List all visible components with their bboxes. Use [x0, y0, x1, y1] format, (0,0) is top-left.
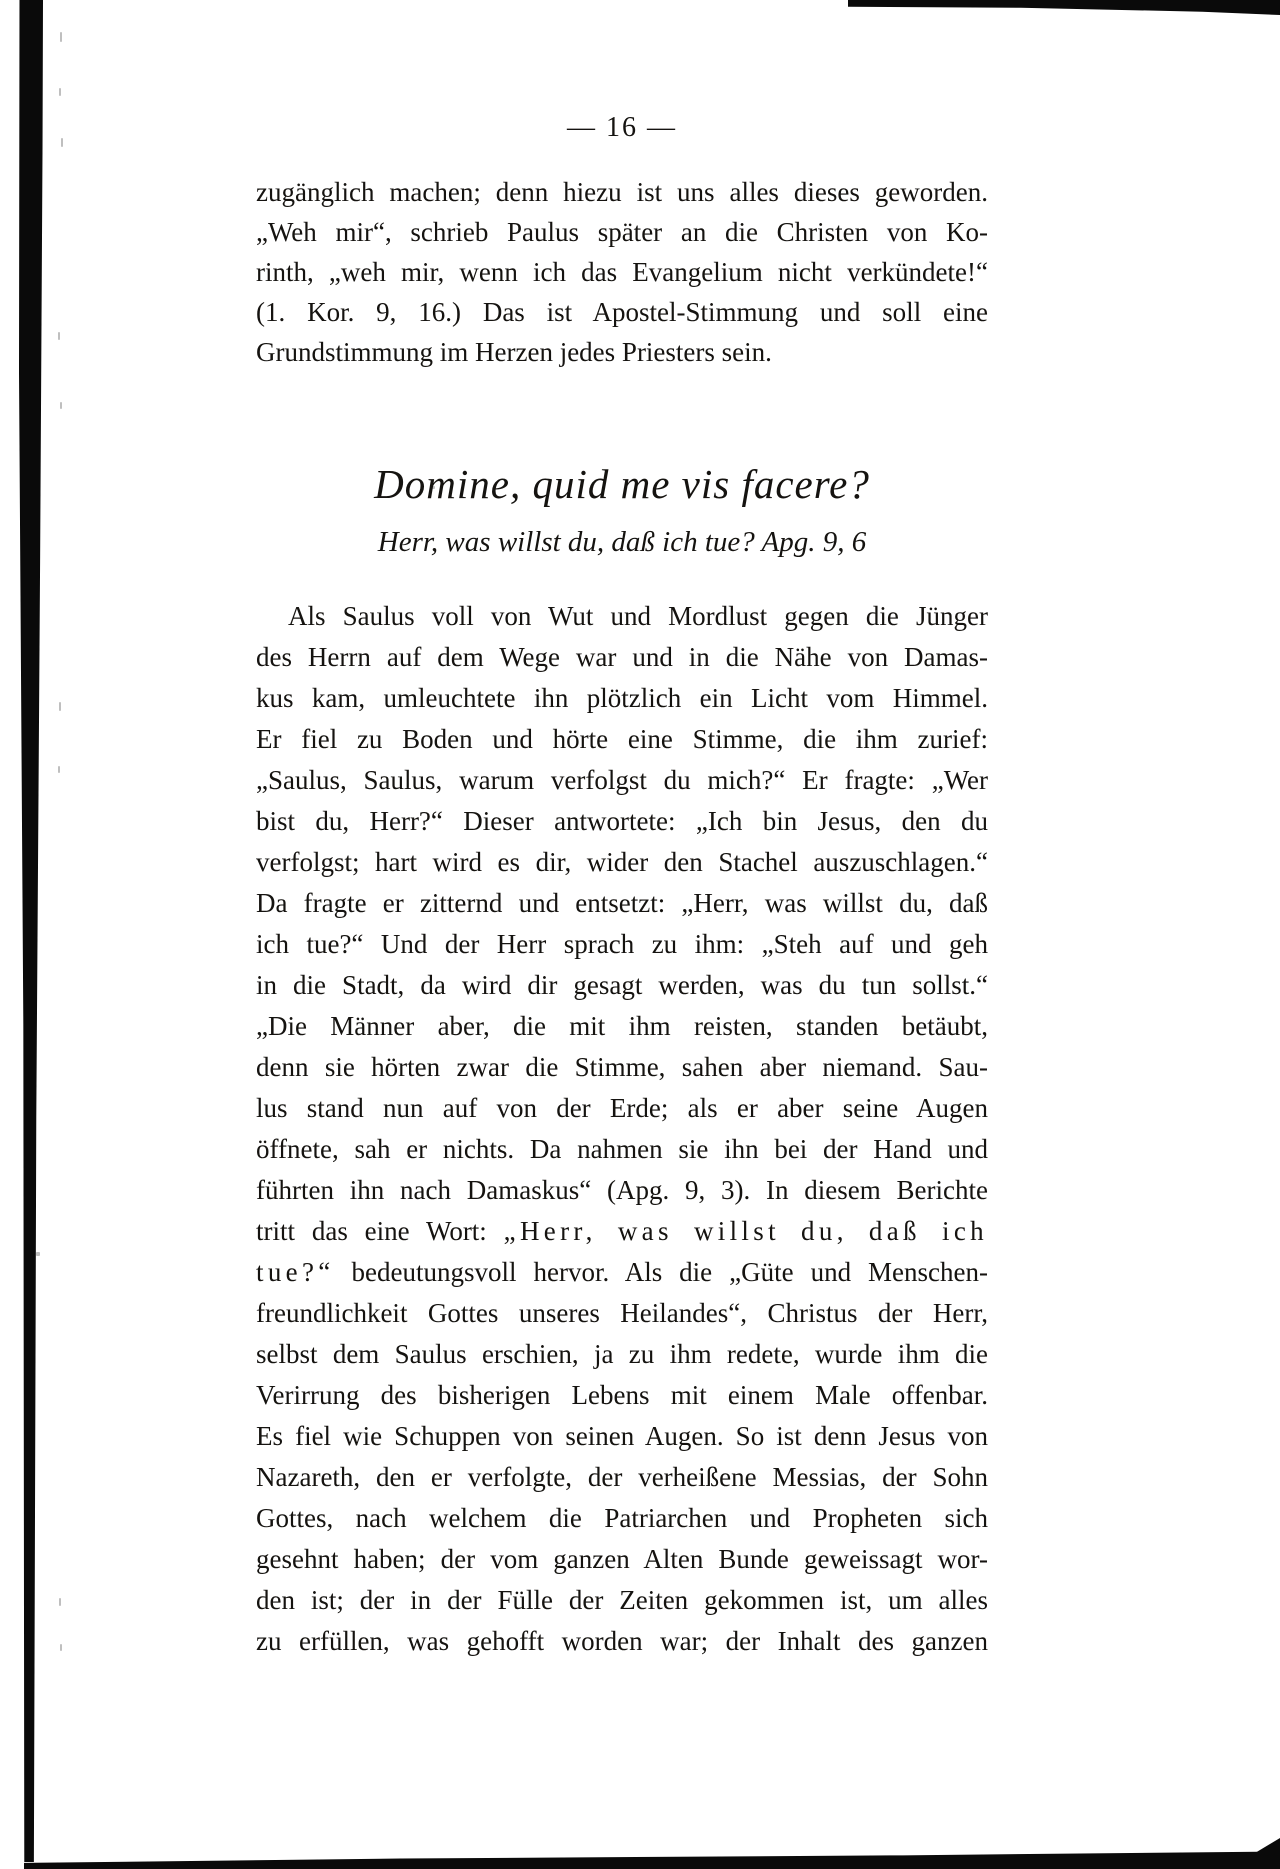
text-line: den ist; der in der Fülle der Zeiten gek…: [256, 1580, 988, 1621]
scan-speck: [61, 138, 63, 147]
text-line: Gottes, nach welchem die Patriarchen und…: [256, 1498, 988, 1539]
text-line: selbst dem Saulus erschien, ja zu ihm re…: [256, 1334, 988, 1375]
text-line: „Saulus, Saulus, warum verfolgst du mich…: [256, 760, 988, 801]
scan-artifact-bottom-bar: [24, 1850, 1280, 1869]
text-line: „Weh mir“, schrieb Paulus später an die …: [256, 212, 988, 252]
scan-speck: [59, 702, 61, 711]
text-line: bist du, Herr?“ Dieser antwortete: „Ich …: [256, 801, 988, 842]
chapter-title: Domine, quid me vis facere?: [256, 460, 988, 509]
scan-speck: [60, 402, 62, 409]
text-line: Grundstimmung im Herzen jedes Priesters …: [256, 332, 988, 372]
text-line: ich tue?“ Und der Herr sprach zu ihm: „S…: [256, 924, 988, 965]
text-segment: tritt das eine Wort:: [256, 1216, 504, 1246]
emphasized-spaced-text: tue?“: [256, 1257, 335, 1287]
text-line: zugänglich machen; denn hiezu ist uns al…: [256, 172, 988, 212]
text-segment: bedeutungsvoll hervor. Als die „Güte und…: [335, 1257, 988, 1287]
text-line: denn sie hörten zwar die Stimme, sahen a…: [256, 1047, 988, 1088]
text-line: rinth, „weh mir, wenn ich das Evangelium…: [256, 252, 988, 292]
book-page-scan: — 16 — zugänglich machen; denn hiezu ist…: [0, 0, 1280, 1869]
text-line: führten ihn nach Damaskus“ (Apg. 9, 3). …: [256, 1170, 988, 1211]
text-line: verfolgst; hart wird es dir, wider den S…: [256, 842, 988, 883]
chapter-subtitle: Herr, was willst du, daß ich tue? Apg. 9…: [256, 524, 988, 562]
text-line: tue?“ bedeutungsvoll hervor. Als die „Gü…: [256, 1252, 988, 1293]
text-line: lus stand nun auf von der Erde; als er a…: [256, 1088, 988, 1129]
text-line: Es fiel wie Schuppen von seinen Augen. S…: [256, 1416, 988, 1457]
scan-artifact-left-binding-bar: [19, 0, 43, 1862]
text-line: Er fiel zu Boden und hörte eine Stimme, …: [256, 719, 988, 760]
text-line: Da fragte er zitternd und entsetzt: „Her…: [256, 883, 988, 924]
page-number: — 16 —: [256, 112, 988, 144]
scan-artifact-corner-wedge: [1250, 1838, 1280, 1856]
text-line: gesehnt haben; der vom ganzen Alten Bund…: [256, 1539, 988, 1580]
scan-speck: [58, 766, 60, 773]
paragraph-intro: zugänglich machen; denn hiezu ist uns al…: [256, 172, 988, 372]
text-line: freundlichkeit Gottes unseres Heilandes“…: [256, 1293, 988, 1334]
text-line: Nazareth, den er verfolgte, der verheiße…: [256, 1457, 988, 1498]
paragraph-main: Als Saulus voll von Wut und Mordlust geg…: [256, 596, 988, 1662]
text-line: Verirrung des bisherigen Lebens mit eine…: [256, 1375, 988, 1416]
emphasized-spaced-text: „Herr, was willst du, daß ich: [504, 1216, 988, 1246]
text-line: (1. Kor. 9, 16.) Das ist Apostel-Stimmun…: [256, 292, 988, 332]
scan-speck: [59, 1598, 61, 1606]
text-line: Als Saulus voll von Wut und Mordlust geg…: [256, 596, 988, 637]
text-line: „Die Männer aber, die mit ihm reisten, s…: [256, 1006, 988, 1047]
text-line: zu erfüllen, was gehofft worden war; der…: [256, 1621, 988, 1662]
text-line: des Herrn auf dem Wege war und in die Nä…: [256, 637, 988, 678]
scan-speck: [36, 1252, 40, 1256]
scan-speck: [58, 332, 60, 340]
text-line: in die Stadt, da wird dir gesagt werden,…: [256, 965, 988, 1006]
scan-speck: [60, 1644, 62, 1651]
text-line: öffnete, sah er nichts. Da nahmen sie ih…: [256, 1129, 988, 1170]
scan-artifact-top-right-bar: [848, 0, 1280, 15]
scan-speck: [59, 88, 61, 96]
scan-speck: [60, 32, 62, 42]
text-line: kus kam, umleuchtete ihn plötzlich ein L…: [256, 678, 988, 719]
text-line: tritt das eine Wort: „Herr, was willst d…: [256, 1211, 988, 1252]
